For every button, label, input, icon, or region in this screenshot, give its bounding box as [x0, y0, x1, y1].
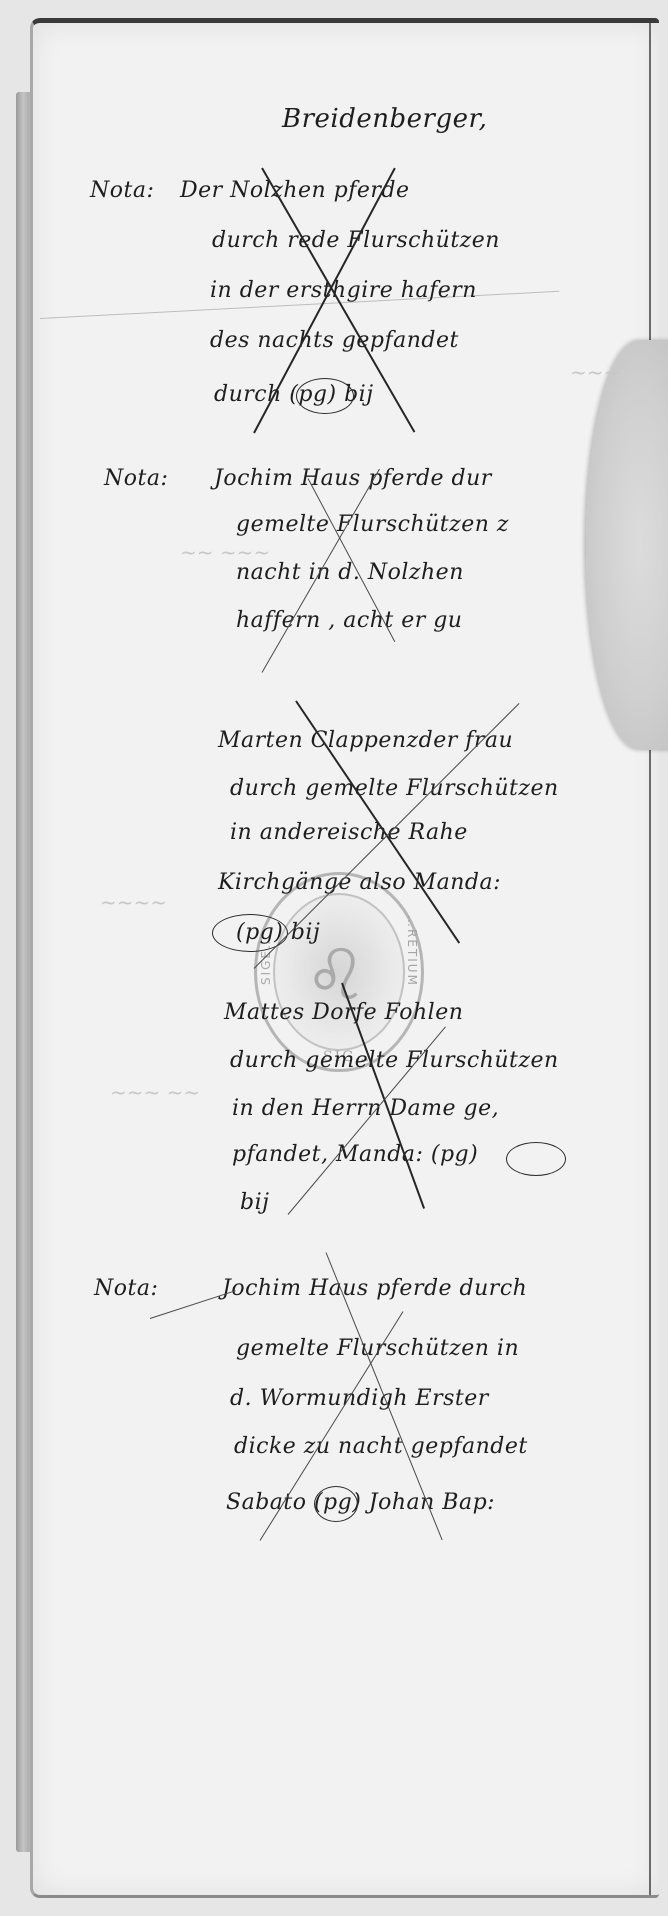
entry-line: gemelte Flurschützen z	[236, 512, 509, 537]
entry-line: Kirchgänge also Manda:	[218, 870, 501, 895]
entry-line: des nachts gepfandet	[210, 328, 459, 353]
entry-line: Jochim Haus pferde dur	[214, 466, 492, 491]
entry-line: in den Herrn Dame ge,	[232, 1096, 499, 1121]
entry-line: gemelte Flurschützen in	[236, 1336, 519, 1361]
entry-line: in andereische Rahe	[230, 820, 468, 845]
margin-label-nota: Nota:	[94, 1276, 158, 1301]
page-edge-line	[649, 23, 651, 1895]
entry-line: Der Nolzhen pferde	[180, 178, 410, 203]
entry-line: durch gemelte Flurschützen	[230, 776, 559, 801]
entry-line: dicke zu nacht gepfandet	[234, 1434, 528, 1459]
entry-line: haffern , acht er gu	[236, 608, 462, 633]
entry-line: Jochim Haus pferde durch	[222, 1276, 527, 1301]
entry-line: bij	[240, 1190, 269, 1215]
bleed-through-text: ~~~~	[100, 890, 167, 914]
pg-circle-mark	[314, 1486, 358, 1522]
entry-line: nacht in d. Nolzhen	[236, 560, 464, 585]
entry-line: d. Wormundigh Erster	[230, 1386, 489, 1411]
entry-line: Marten Clappenzder frau	[218, 728, 513, 753]
entry-line: in der ersthgire hafern	[210, 278, 477, 303]
entry-line: durch gemelte Flurschützen	[230, 1048, 559, 1073]
bleed-through-text: ~~~	[570, 360, 620, 384]
entry-line: Sabato (pg) Johan Bap:	[226, 1490, 495, 1515]
margin-label-nota: Nota:	[90, 178, 154, 203]
bleed-through-text: ~~~ ~~	[110, 1080, 200, 1104]
archive-seal-stamp: ♌ …RETIUM SIGE… SIG…	[254, 872, 424, 1072]
entry-line: pfandet, Manda: (pg)	[232, 1142, 478, 1167]
entry-line: Mattes Dorfe Fohlen	[224, 1000, 463, 1025]
margin-label-nota: Nota:	[104, 466, 168, 491]
pg-circle-mark	[296, 378, 354, 414]
seal-text-right: …RETIUM	[405, 915, 419, 987]
pg-circle-mark	[506, 1142, 566, 1176]
page-title: Breidenberger,	[282, 104, 487, 134]
